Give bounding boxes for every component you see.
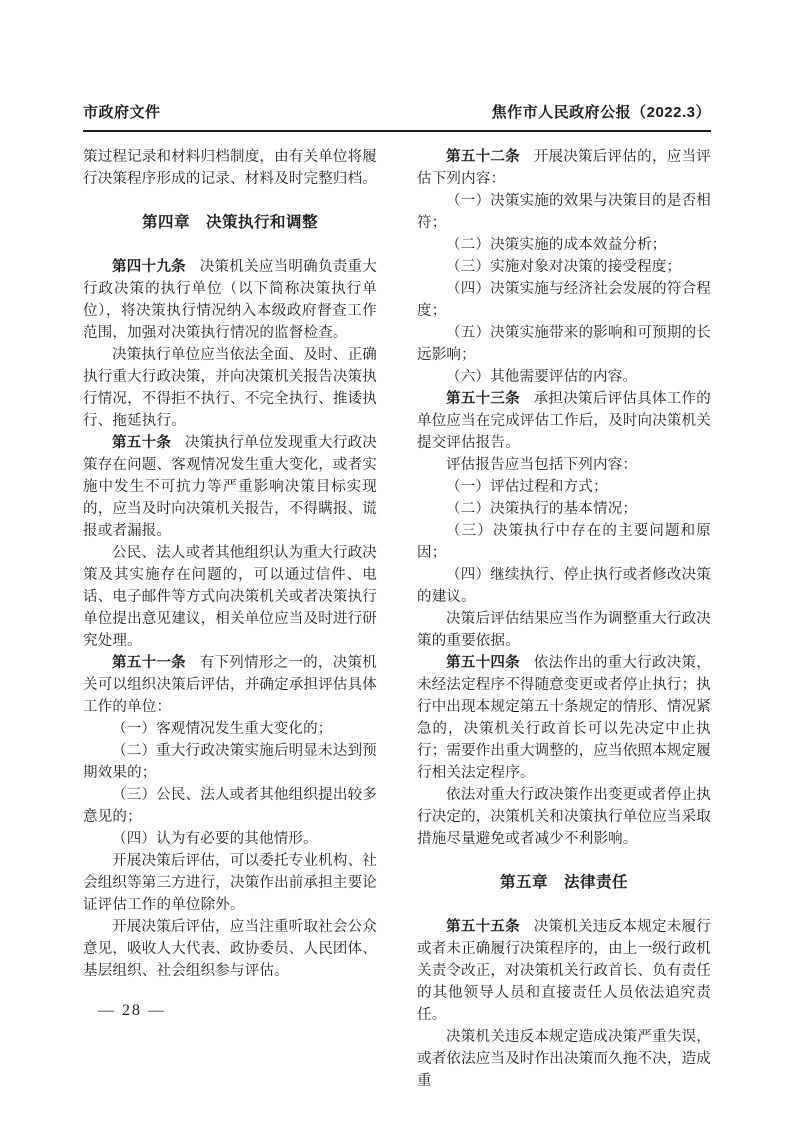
page-number: — 28 — — [98, 1002, 166, 1020]
paragraph: 策过程记录和材料归档制度，由有关单位将履行决策程序形成的记录、材料及时完整归档。 — [83, 146, 377, 190]
paragraph: （四）继续执行、停止执行或者修改决策的建议。 — [417, 564, 711, 608]
paragraph: （三）公民、法人或者其他组织提出较多意见的； — [83, 784, 377, 828]
paragraph: 评估报告应当包括下列内容： — [417, 454, 711, 476]
article-number: 第五十条 — [112, 435, 171, 451]
paragraph: （一）客观情况发生重大变化的； — [83, 718, 377, 740]
paragraph: （三）实施对象对决策的接受程度； — [417, 256, 711, 278]
page-header: 市政府文件 焦作市人民政府公报（2022.3） — [83, 101, 711, 132]
article-number: 第四十九条 — [112, 259, 186, 275]
article-number: 第五十三条 — [446, 391, 520, 407]
paragraph: 决策执行单位应当依法全面、及时、正确执行重大行政决策，并向决策机关报告决策执行情… — [83, 344, 377, 432]
paragraph: （一）评估过程和方式； — [417, 476, 711, 498]
gazette-page: 市政府文件 焦作市人民政府公报（2022.3） 策过程记录和材料归档制度，由有关… — [0, 0, 793, 1122]
paragraph: （二）重大行政决策实施后明显未达到预期效果的； — [83, 740, 377, 784]
paragraph: 开展决策后评估，应当注重听取社会公众意见，吸收人大代表、政协委员、人民团体、基层… — [83, 916, 377, 982]
paragraph: （四）认为有必要的其他情形。 — [83, 828, 377, 850]
paragraph: （一）决策实施的效果与决策目的是否相符； — [417, 190, 711, 234]
right-column: 第五十二条开展决策后评估的，应当评估下列内容：（一）决策实施的效果与决策目的是否… — [417, 146, 711, 1092]
article-number: 第五十一条 — [112, 655, 186, 671]
paragraph: 决策后评估结果应当作为调整重大行政决策的重要依据。 — [417, 608, 711, 652]
paragraph: （六）其他需要评估的内容。 — [417, 366, 711, 388]
chapter-heading: 第五章 法律责任 — [417, 872, 711, 894]
article-number: 第五十五条 — [446, 919, 520, 935]
paragraph: 第五十五条决策机关违反本规定未履行或者未正确履行决策程序的，由上一级行政机关责令… — [417, 916, 711, 1026]
chapter-heading: 第四章 决策执行和调整 — [83, 212, 377, 234]
paragraph: 公民、法人或者其他组织认为重大行政决策及其实施存在问题的，可以通过信件、电话、电… — [83, 542, 377, 652]
article-number: 第五十四条 — [446, 655, 520, 671]
paragraph: （三）决策执行中存在的主要问题和原因； — [417, 520, 711, 564]
paragraph: 开展决策后评估，可以委托专业机构、社会组织等第三方进行，决策作出前承担主要论证评… — [83, 850, 377, 916]
document-body: 策过程记录和材料归档制度，由有关单位将履行决策程序形成的记录、材料及时完整归档。… — [83, 146, 711, 1092]
article-number: 第五十二条 — [446, 149, 520, 165]
left-column: 策过程记录和材料归档制度，由有关单位将履行决策程序形成的记录、材料及时完整归档。… — [83, 146, 377, 1092]
header-publication-title: 焦作市人民政府公报（2022.3） — [492, 101, 711, 122]
paragraph: （五）决策实施带来的影响和可预期的长远影响； — [417, 322, 711, 366]
paragraph: 第五十四条依法作出的重大行政决策，未经法定程序不得随意变更或者停止执行；执行中出… — [417, 652, 711, 784]
paragraph: 第五十一条有下列情形之一的，决策机关可以组织决策后评估，并确定承担评估具体工作的… — [83, 652, 377, 718]
paragraph: 第四十九条决策机关应当明确负责重大行政决策的执行单位（以下简称决策执行单位），将… — [83, 256, 377, 344]
paragraph: （二）决策实施的成本效益分析； — [417, 234, 711, 256]
paragraph: （四）决策实施与经济社会发展的符合程度； — [417, 278, 711, 322]
paragraph: 依法对重大行政决策作出变更或者停止执行决定的，决策机关和决策执行单位应当采取措施… — [417, 784, 711, 850]
paragraph: 第五十二条开展决策后评估的，应当评估下列内容： — [417, 146, 711, 190]
paragraph: （二）决策执行的基本情况； — [417, 498, 711, 520]
paragraph: 第五十三条承担决策后评估具体工作的单位应当在完成评估工作后，及时向决策机关提交评… — [417, 388, 711, 454]
header-section-title: 市政府文件 — [83, 101, 161, 122]
paragraph: 第五十条决策执行单位发现重大行政决策存在问题、客观情况发生重大变化，或者实施中发… — [83, 432, 377, 542]
paragraph: 决策机关违反本规定造成决策严重失误，或者依法应当及时作出决策而久拖不决，造成重 — [417, 1026, 711, 1092]
